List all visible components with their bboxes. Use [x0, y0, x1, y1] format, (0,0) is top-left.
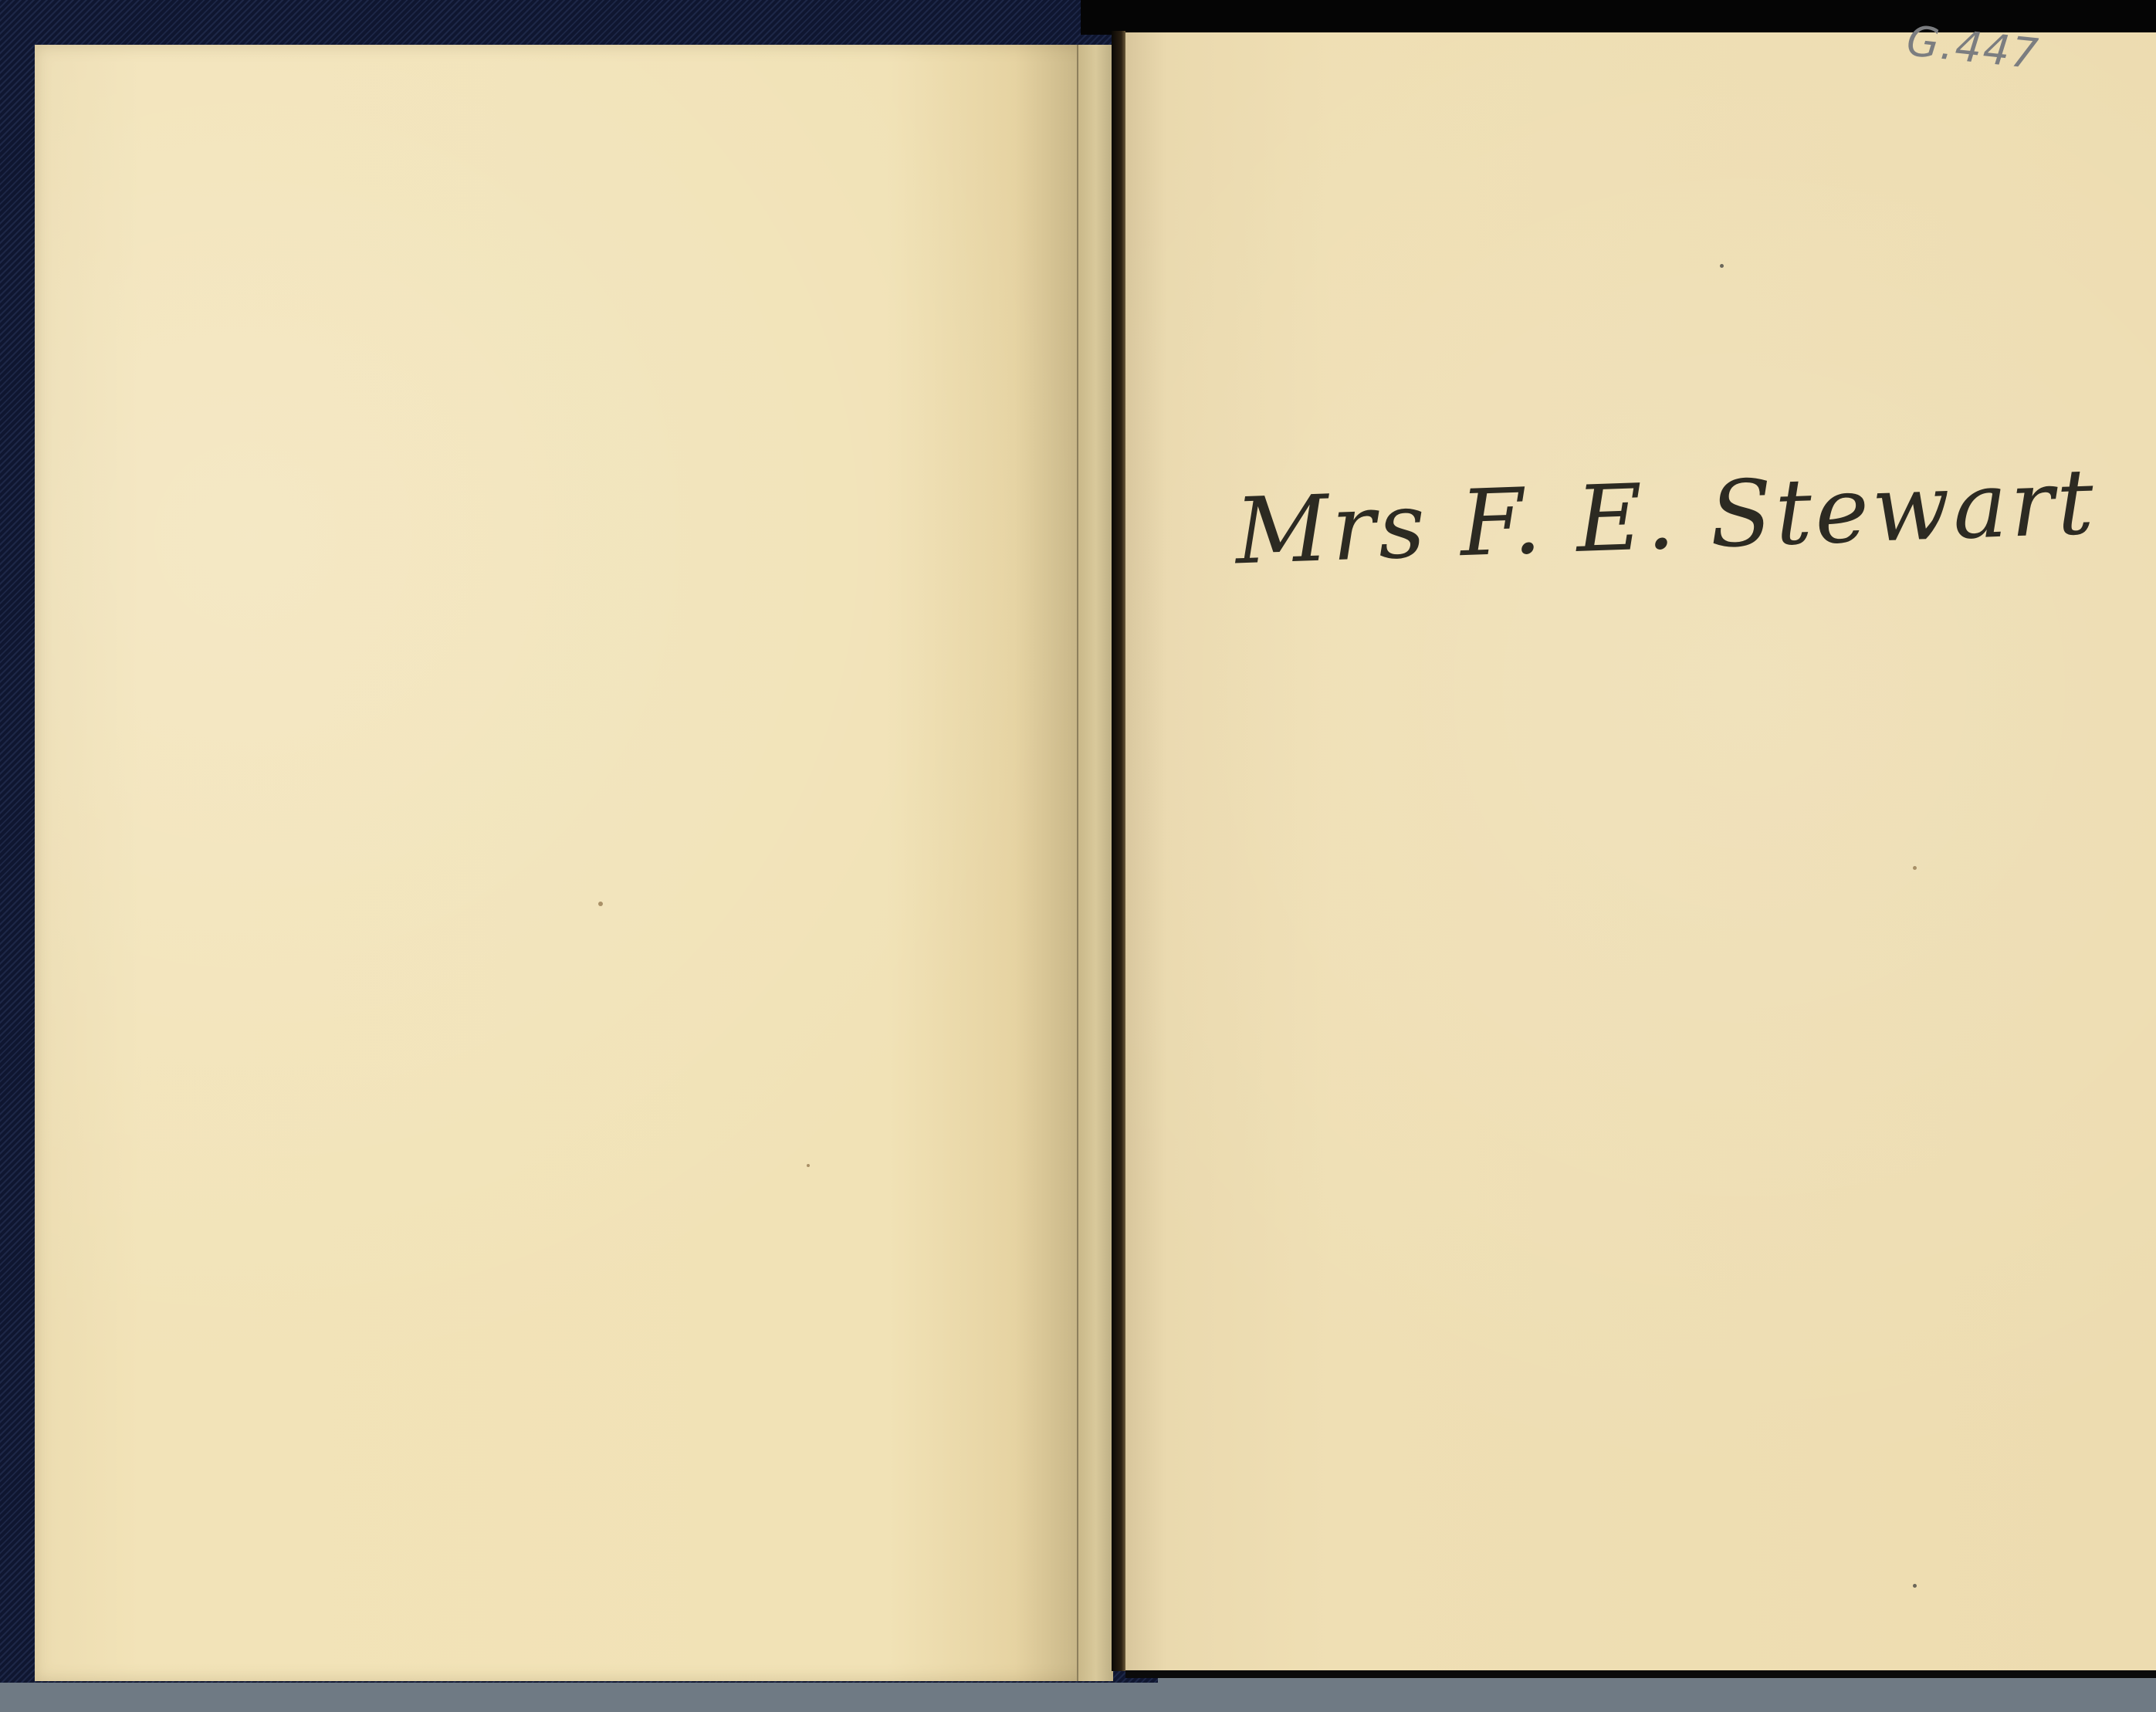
page-fold — [1077, 45, 1113, 1681]
paper-speck — [1913, 1584, 1917, 1588]
paper-speck — [598, 902, 603, 906]
left-endpaper — [35, 45, 1100, 1681]
bottom-page-edge — [1125, 1670, 2156, 1678]
book-gutter — [1112, 31, 1125, 1671]
paper-speck — [807, 1164, 810, 1167]
paper-speck — [1913, 866, 1917, 870]
paper-speck — [1720, 264, 1724, 268]
right-flyleaf — [1125, 32, 2156, 1670]
